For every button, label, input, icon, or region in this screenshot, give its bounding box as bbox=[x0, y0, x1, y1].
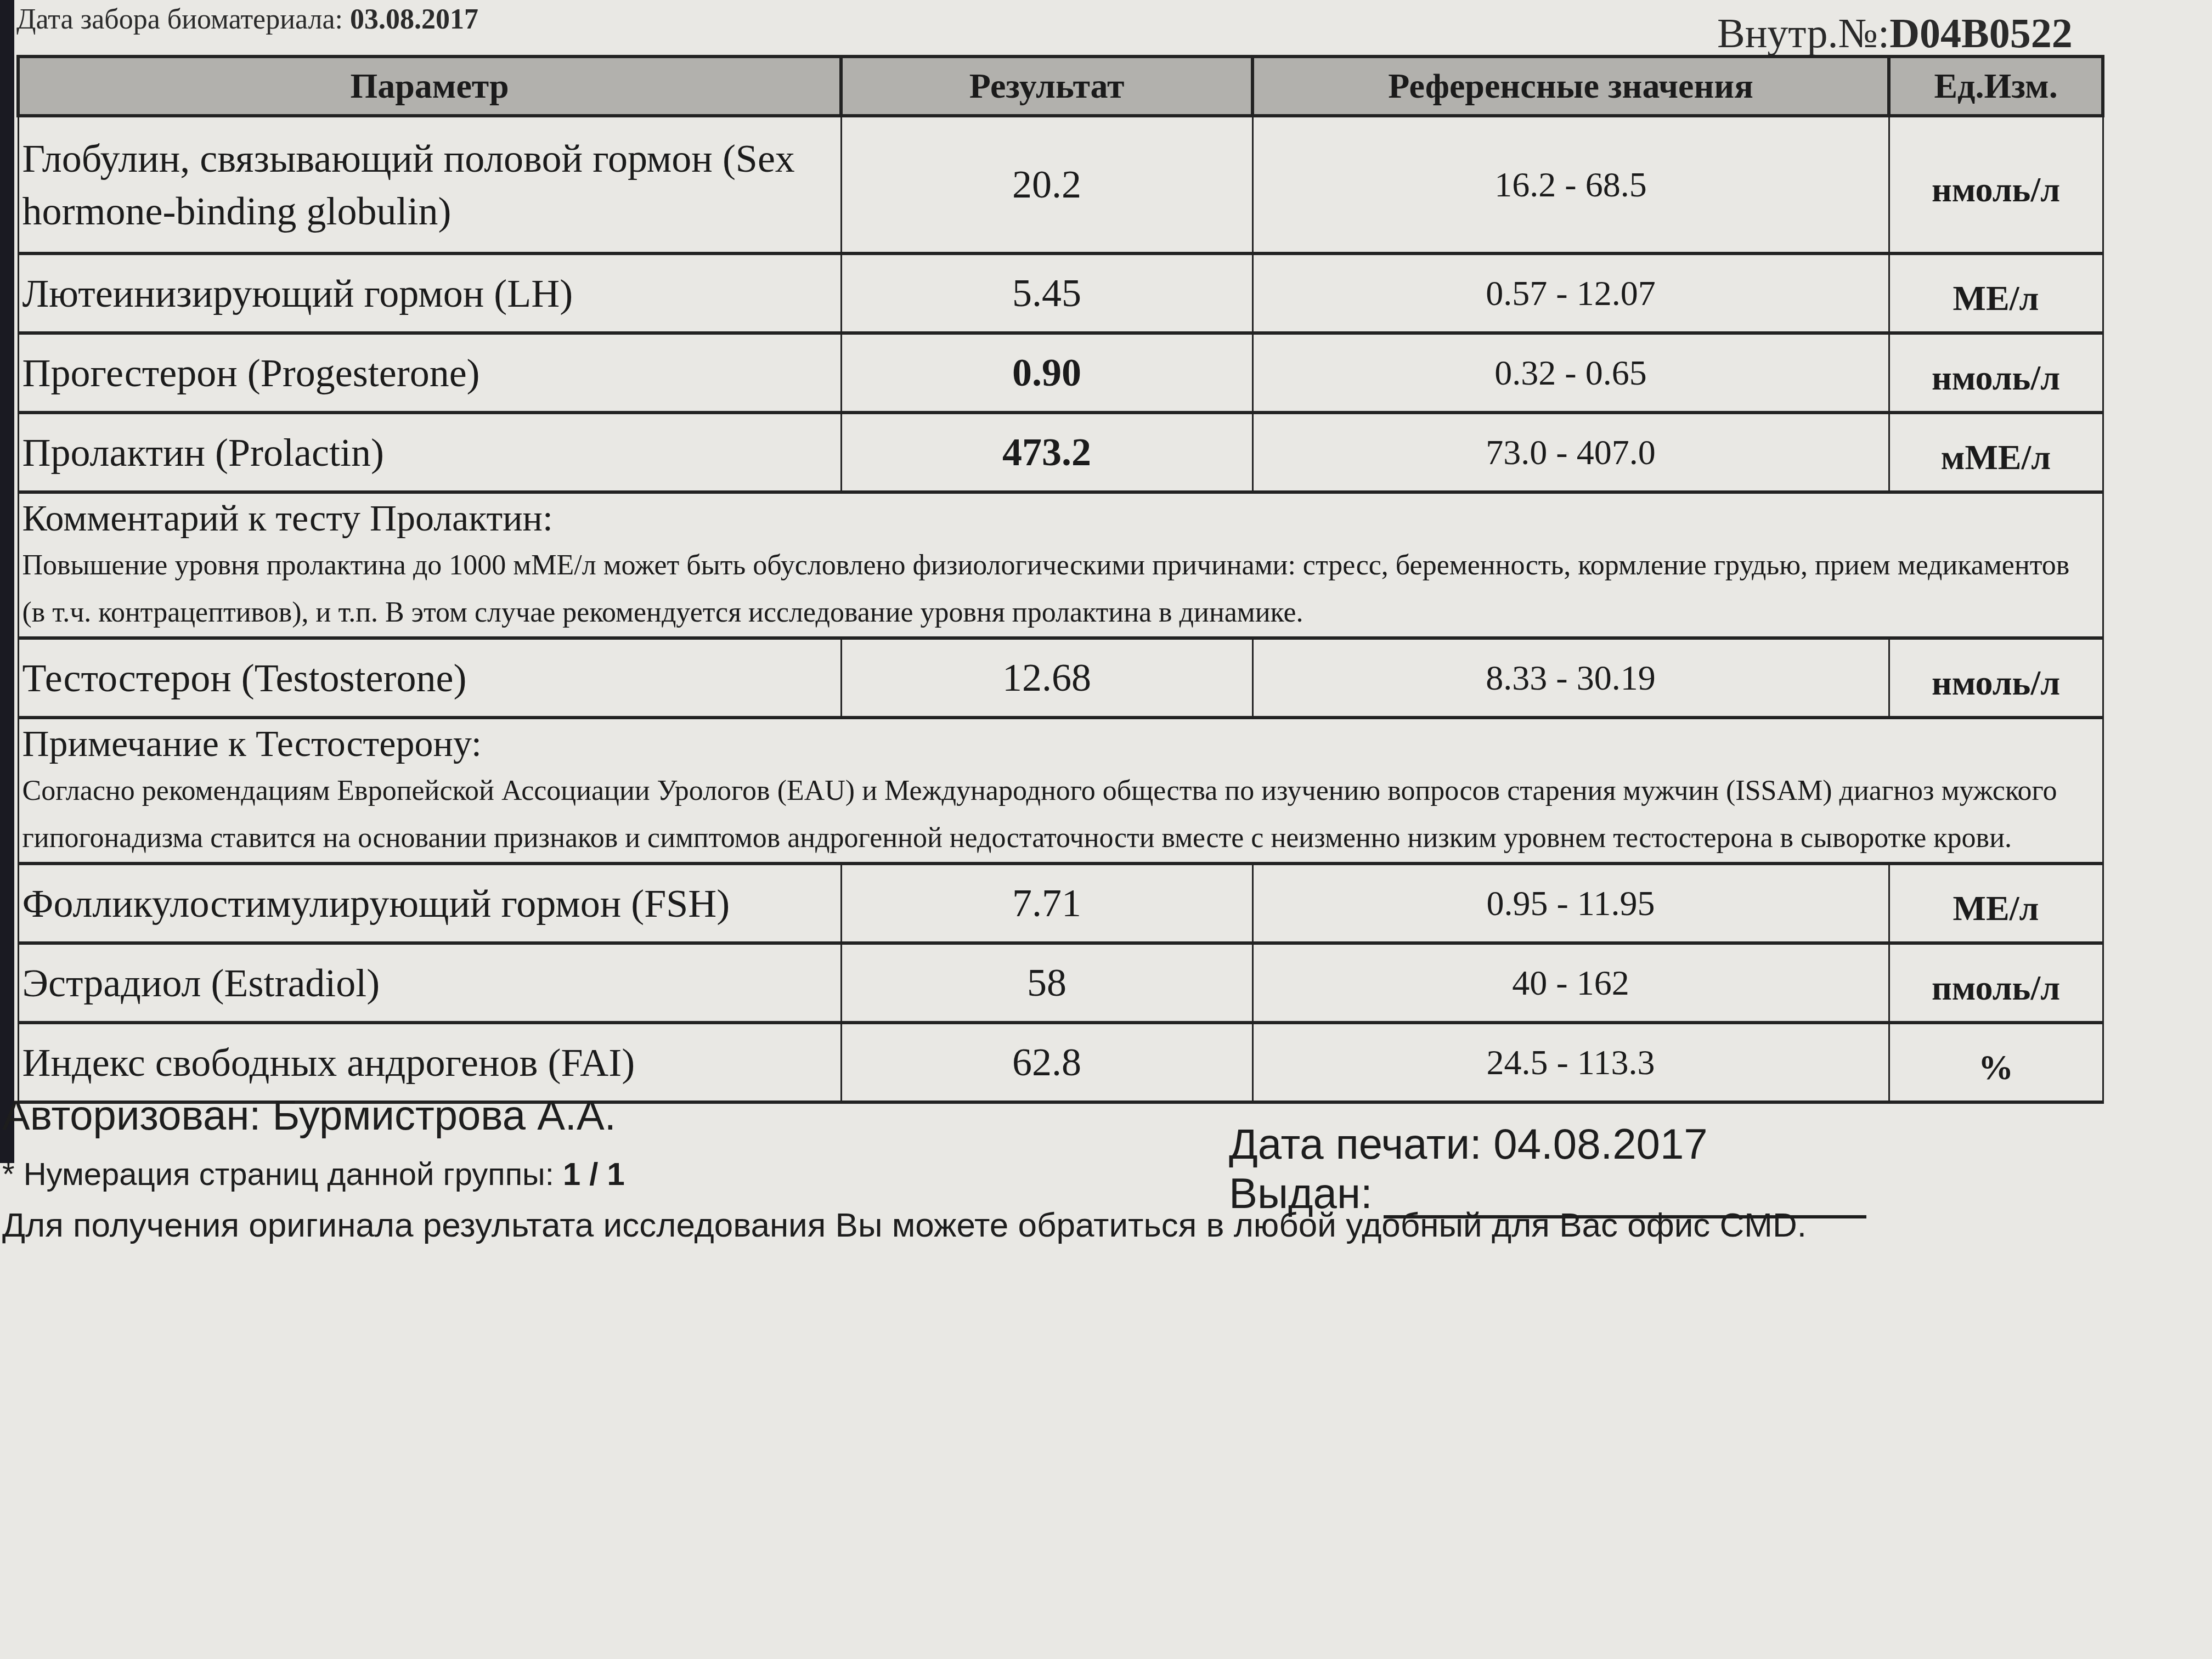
comment-cell: Примечание к Тестостерону:Согласно реком… bbox=[18, 718, 2103, 864]
col-result: Результат bbox=[841, 57, 1252, 116]
unit-cell: мМЕ/л bbox=[1889, 413, 2103, 492]
result-cell: 58 bbox=[841, 943, 1252, 1023]
table-row: Прогестерон (Progesterone)0.900.32 - 0.6… bbox=[18, 333, 2103, 413]
reference-cell: 0.57 - 12.07 bbox=[1252, 253, 1889, 333]
table-header: Параметр Результат Референсные значения … bbox=[18, 57, 2103, 116]
comment-text: Согласно рекомендациям Европейской Ассоц… bbox=[22, 768, 2099, 862]
unit-cell: МЕ/л bbox=[1889, 864, 2103, 943]
comment-cell: Комментарий к тесту Пролактин:Повышение … bbox=[18, 492, 2103, 638]
table-row: Глобулин, связывающий половой гормон (Se… bbox=[18, 116, 2103, 253]
unit-cell: % bbox=[1889, 1023, 2103, 1102]
comment-row-testosterone: Примечание к Тестостерону:Согласно реком… bbox=[18, 718, 2103, 864]
comment-text: Повышение уровня пролактина до 1000 мМЕ/… bbox=[22, 542, 2099, 636]
param-cell: Пролактин (Prolactin) bbox=[18, 413, 841, 492]
result-cell: 20.2 bbox=[841, 116, 1252, 253]
col-param: Параметр bbox=[18, 57, 841, 116]
issued-field: Выдан: bbox=[1229, 1169, 1866, 1218]
comment-row-prolactin: Комментарий к тесту Пролактин:Повышение … bbox=[18, 492, 2103, 638]
param-cell: Прогестерон (Progesterone) bbox=[18, 333, 841, 413]
reference-cell: 8.33 - 30.19 bbox=[1252, 638, 1889, 718]
unit-cell: нмоль/л bbox=[1889, 638, 2103, 718]
param-cell: Глобулин, связывающий половой гормон (Se… bbox=[18, 116, 841, 253]
sample-date-value: 03.08.2017 bbox=[350, 4, 478, 35]
table-row: Лютеинизирующий гормон (LH)5.450.57 - 12… bbox=[18, 253, 2103, 333]
reference-cell: 0.32 - 0.65 bbox=[1252, 333, 1889, 413]
reference-cell: 40 - 162 bbox=[1252, 943, 1889, 1023]
table-row: Эстрадиол (Estradiol)5840 - 162пмоль/л bbox=[18, 943, 2103, 1023]
reference-cell: 16.2 - 68.5 bbox=[1252, 116, 1889, 253]
param-cell: Фолликулостимулирующий гормон (FSH) bbox=[18, 864, 841, 943]
unit-cell: нмоль/л bbox=[1889, 333, 2103, 413]
reference-cell: 0.95 - 11.95 bbox=[1252, 864, 1889, 943]
unit-cell: пмоль/л bbox=[1889, 943, 2103, 1023]
result-cell: 7.71 bbox=[841, 864, 1252, 943]
result-cell: 5.45 bbox=[841, 253, 1252, 333]
table-row: Тестостерон (Testosterone)12.688.33 - 30… bbox=[18, 638, 2103, 718]
col-reference: Референсные значения bbox=[1252, 57, 1889, 116]
unit-cell: нмоль/л bbox=[1889, 116, 2103, 253]
result-cell: 62.8 bbox=[841, 1023, 1252, 1102]
internal-number-label: Внутр.№: bbox=[1717, 10, 1889, 57]
page-numbering-value: 1 / 1 bbox=[563, 1156, 625, 1192]
signature-line bbox=[1384, 1215, 1866, 1218]
comment-title: Комментарий к тесту Пролактин: bbox=[22, 494, 2099, 542]
page-numbering-label: * Нумерация страниц данной группы: bbox=[2, 1156, 554, 1192]
sample-date: Дата забора биоматериала: 03.08.2017 bbox=[16, 3, 478, 36]
param-cell: Индекс свободных андрогенов (FAI) bbox=[18, 1023, 841, 1102]
internal-number: Внутр.№:D04B0522 bbox=[1717, 10, 2073, 58]
lab-report-page: Дата забора биоматериала: 03.08.2017 Вну… bbox=[0, 0, 2212, 1659]
print-date: Дата печати: 04.08.2017 bbox=[1229, 1119, 1708, 1169]
result-cell: 473.2 bbox=[841, 413, 1252, 492]
reference-cell: 73.0 - 407.0 bbox=[1252, 413, 1889, 492]
unit-cell: МЕ/л bbox=[1889, 253, 2103, 333]
internal-number-value: D04B0522 bbox=[1889, 10, 2073, 57]
param-cell: Лютеинизирующий гормон (LH) bbox=[18, 253, 841, 333]
issued-label: Выдан: bbox=[1229, 1169, 1373, 1217]
reference-cell: 24.5 - 113.3 bbox=[1252, 1023, 1889, 1102]
result-cell: 12.68 bbox=[841, 638, 1252, 718]
col-unit: Ед.Изм. bbox=[1889, 57, 2103, 116]
results-table: Параметр Результат Референсные значения … bbox=[16, 55, 2104, 1104]
table-row: Фолликулостимулирующий гормон (FSH)7.710… bbox=[18, 864, 2103, 943]
param-cell: Эстрадиол (Estradiol) bbox=[18, 943, 841, 1023]
comment-title: Примечание к Тестостерону: bbox=[22, 719, 2099, 768]
table-row: Пролактин (Prolactin)473.273.0 - 407.0мМ… bbox=[18, 413, 2103, 492]
param-cell: Тестостерон (Testosterone) bbox=[18, 638, 841, 718]
result-cell: 0.90 bbox=[841, 333, 1252, 413]
table-row: Индекс свободных андрогенов (FAI)62.824.… bbox=[18, 1023, 2103, 1102]
sample-date-label: Дата забора биоматериала: bbox=[16, 4, 343, 35]
